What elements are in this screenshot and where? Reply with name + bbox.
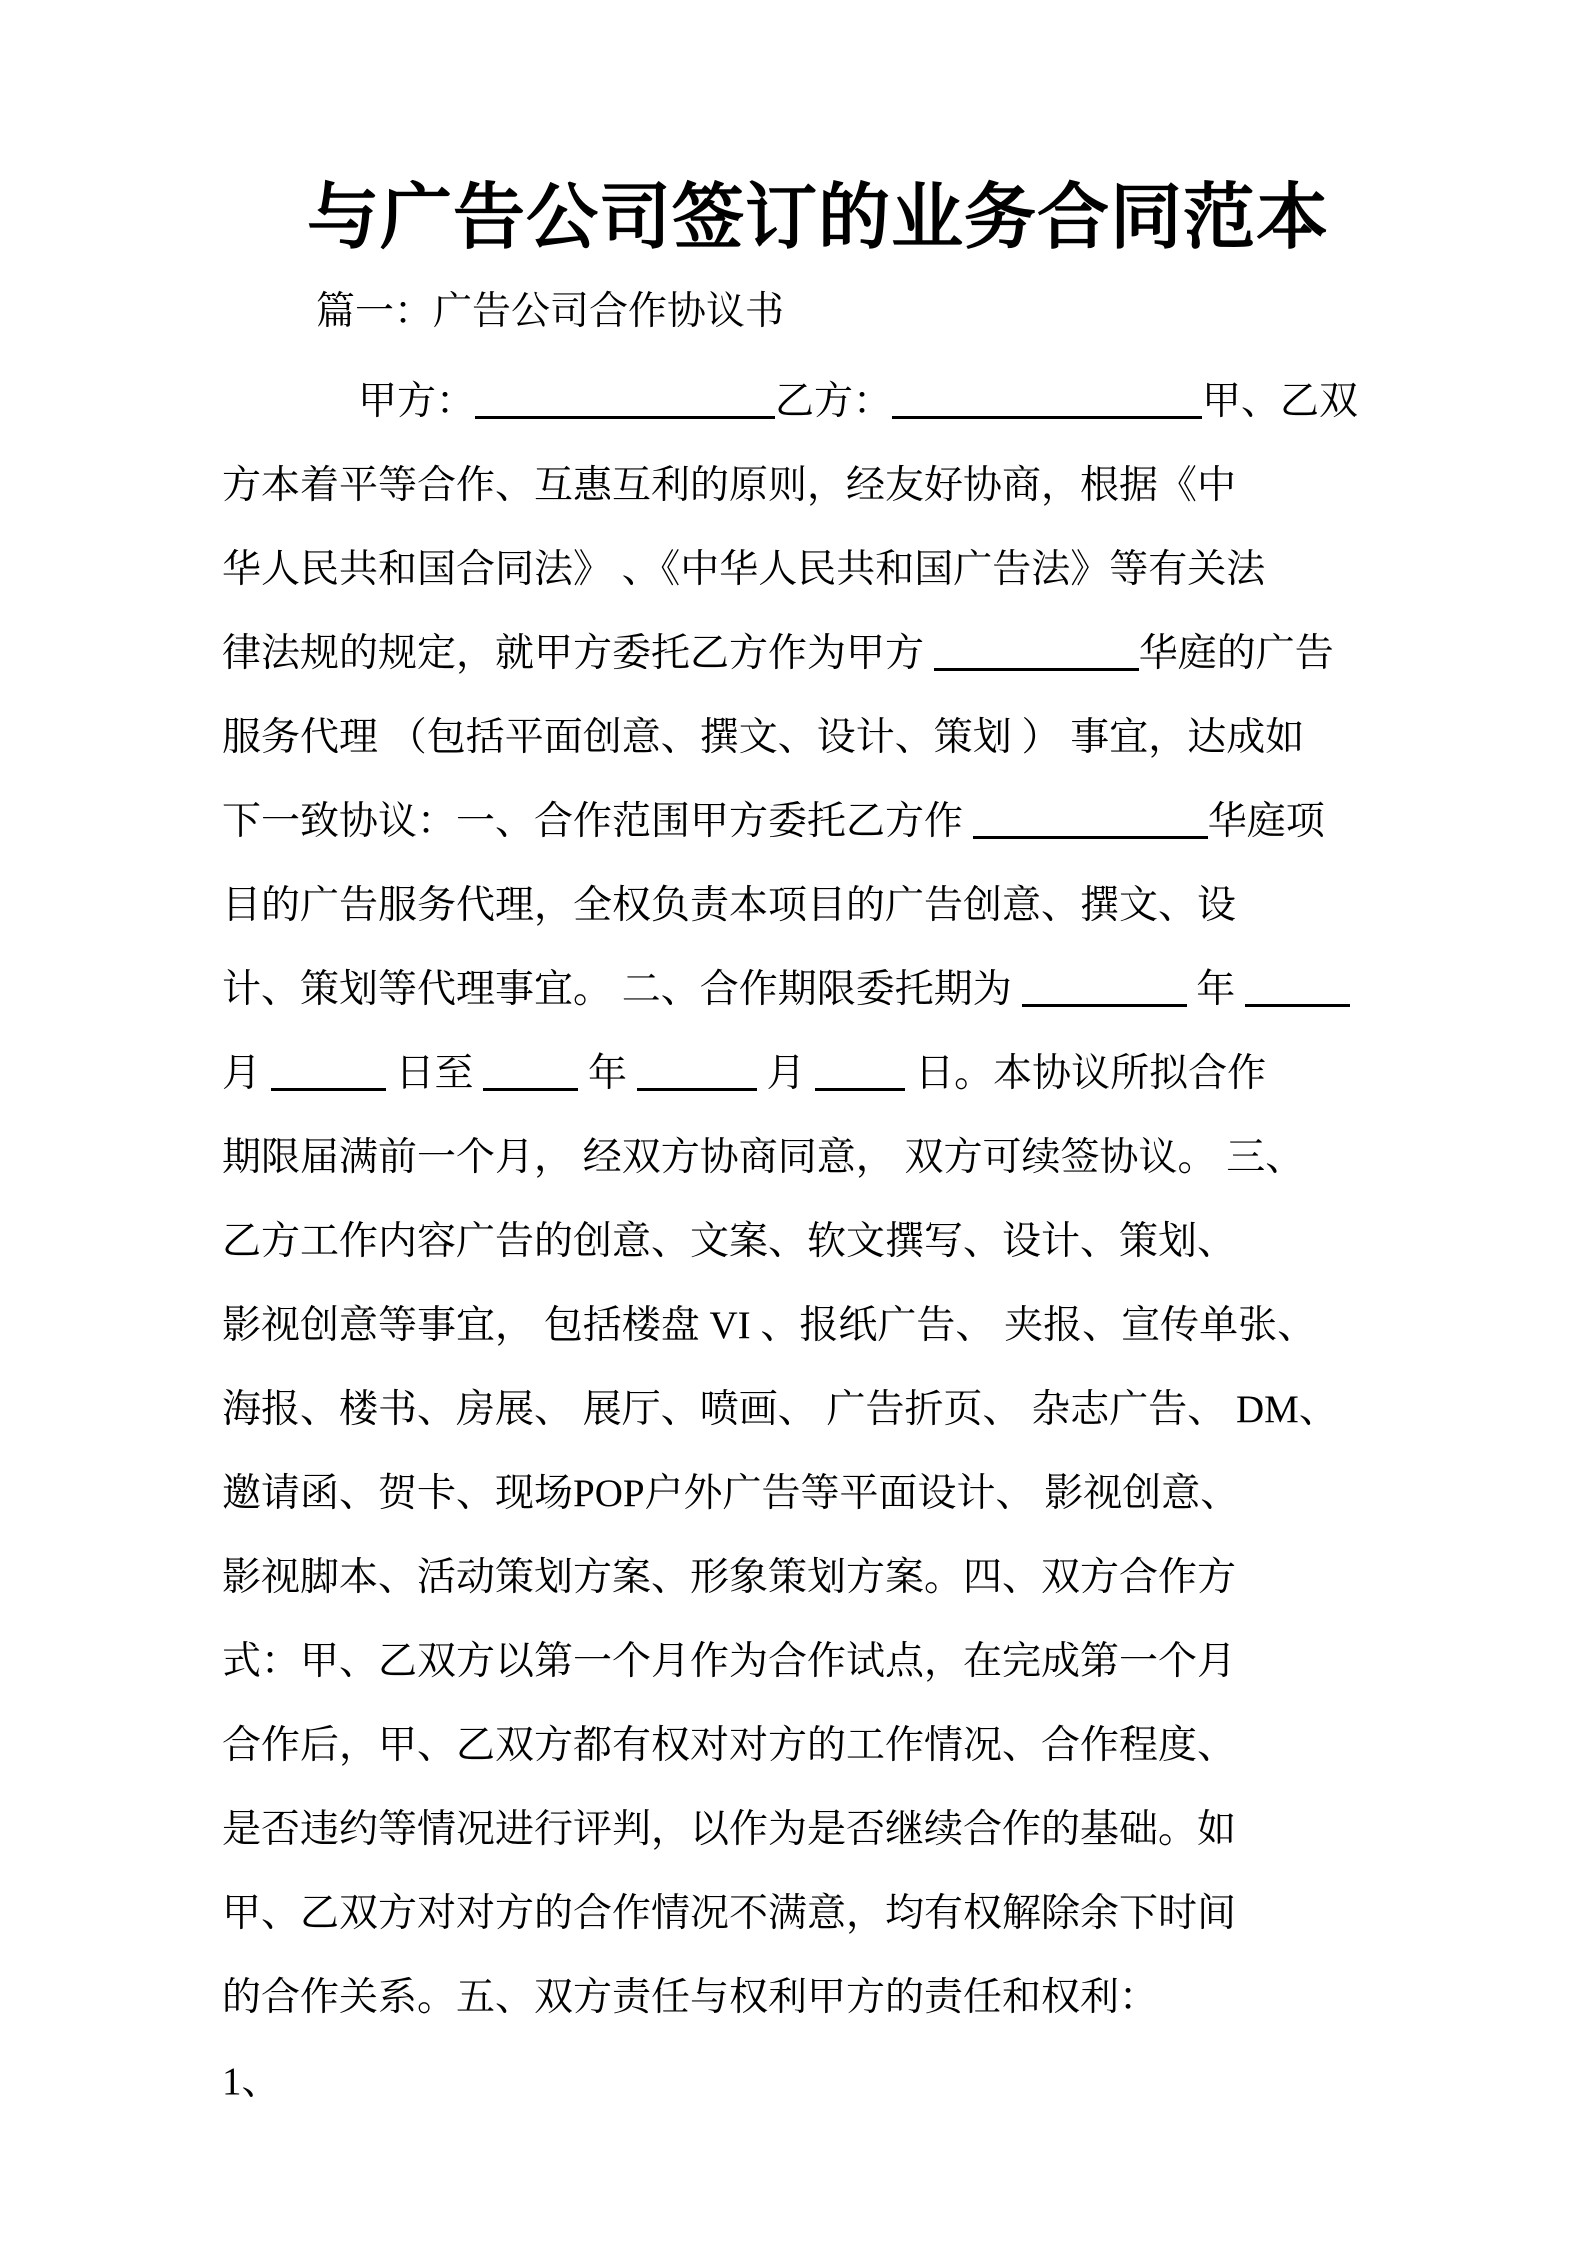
contract-document-page: 与广告公司签订的业务合同范本 篇一：广告公司合作协议书 甲方：乙方：甲、乙双方本… (0, 0, 1594, 2256)
text-run: 日。本协议所拟合作 (905, 1052, 1266, 1095)
text-run: 是否违约等情况进行评判，以作为是否继续合作的基础。如 (222, 1808, 1236, 1851)
text-run: 方本着平等合作、互惠互利的原则，经友好协商，根据《中 (222, 464, 1236, 507)
text-run: 乙方： (775, 380, 892, 423)
text-run: 服务代理 （包括平面创意、撰文、设计、策划 ） 事宜，达成如 (222, 716, 1304, 759)
document-line: 乙方工作内容广告的创意、文案、软文撰写、设计、策划、 (222, 1200, 1372, 1284)
text-run: 下一致协议：一、合作范围甲方委托乙方作 (222, 800, 973, 843)
document-title: 与广告公司签订的业务合同范本 (222, 172, 1372, 264)
text-run: 海报、楼书、房展、 展厅、喷画、 广告折页、 杂志广告、 DM、 (222, 1388, 1338, 1431)
text-run: 月 (222, 1052, 271, 1095)
text-run: 期限届满前一个月， 经双方协商同意， 双方可续签协议。 三、 (222, 1136, 1304, 1179)
document-line: 甲、乙双方对对方的合作情况不满意，均有权解除余下时间 (222, 1872, 1372, 1956)
text-run: 影视脚本、活动策划方案、形象策划方案。四、双方合作方 (222, 1556, 1236, 1599)
fill-in-blank (815, 1088, 905, 1091)
text-run: 合作后，甲、乙双方都有权对对方的工作情况、合作程度、 (222, 1724, 1236, 1767)
text-run: 影视创意等事宜， 包括楼盘 VI 、报纸广告、 夹报、宣传单张、 (222, 1304, 1316, 1347)
fill-in-blank (475, 416, 775, 419)
fill-in-blank (483, 1088, 578, 1091)
text-run: 年 (578, 1052, 637, 1095)
document-line: 海报、楼书、房展、 展厅、喷画、 广告折页、 杂志广告、 DM、 (222, 1368, 1372, 1452)
document-line: 邀请函、贺卡、现场POP户外广告等平面设计、 影视创意、 (222, 1452, 1372, 1536)
text-run: 月 (757, 1052, 816, 1095)
document-line: 下一致协议：一、合作范围甲方委托乙方作 华庭项 (222, 780, 1372, 864)
document-line: 合作后，甲、乙双方都有权对对方的工作情况、合作程度、 (222, 1704, 1372, 1788)
text-run: 甲、乙双方对对方的合作情况不满意，均有权解除余下时间 (222, 1892, 1236, 1935)
text-run: 乙方工作内容广告的创意、文案、软文撰写、设计、策划、 (222, 1220, 1236, 1263)
document-line: 影视创意等事宜， 包括楼盘 VI 、报纸广告、 夹报、宣传单张、 (222, 1284, 1372, 1368)
text-run: 甲方： (358, 380, 475, 423)
document-line: 甲方：乙方：甲、乙双 (222, 360, 1372, 444)
fill-in-blank (637, 1088, 757, 1091)
text-run: 华庭项 (1208, 800, 1325, 843)
text-run: 目的广告服务代理，全权负责本项目的广告创意、撰文、设 (222, 884, 1236, 927)
document-line: 服务代理 （包括平面创意、撰文、设计、策划 ） 事宜，达成如 (222, 696, 1372, 780)
text-run: 华人民共和国合同法》 、《中华人民共和国广告法》等有关法 (222, 548, 1265, 591)
text-run: 1、 (222, 2060, 281, 2103)
text-run: 年 (1187, 968, 1246, 1011)
spacer (1158, 2009, 1328, 2010)
text-run: 华庭的广告 (1139, 632, 1334, 675)
document-line: 华人民共和国合同法》 、《中华人民共和国广告法》等有关法 (222, 528, 1372, 612)
fill-in-blank (1022, 1004, 1187, 1007)
section-heading: 篇一：广告公司合作协议书 (222, 288, 1372, 336)
document-line: 方本着平等合作、互惠互利的原则，经友好协商，根据《中 (222, 444, 1372, 528)
fill-in-blank (934, 668, 1139, 671)
document-line: 期限届满前一个月， 经双方协商同意， 双方可续签协议。 三、 (222, 1116, 1372, 1200)
fill-in-blank (1245, 1004, 1350, 1007)
text-run: 计、策划等代理事宜。 二、合作期限委托期为 (222, 968, 1022, 1011)
document-body: 甲方：乙方：甲、乙双方本着平等合作、互惠互利的原则，经友好协商，根据《中华人民共… (222, 360, 1372, 2124)
text-run: 律法规的规定，就甲方委托乙方作为甲方 (222, 632, 934, 675)
document-line: 律法规的规定，就甲方委托乙方作为甲方 华庭的广告 (222, 612, 1372, 696)
text-run: 甲、乙双 (1202, 380, 1358, 423)
document-line: 的合作关系。五、双方责任与权利甲方的责任和权利：1、 (222, 1956, 1372, 2124)
fill-in-blank (271, 1088, 386, 1091)
document-line: 影视脚本、活动策划方案、形象策划方案。四、双方合作方 (222, 1536, 1372, 1620)
text-run: 日至 (386, 1052, 484, 1095)
text-run: 邀请函、贺卡、现场POP户外广告等平面设计、 影视创意、 (222, 1472, 1239, 1515)
document-line: 月 日至 年 月 日。本协议所拟合作 (222, 1032, 1372, 1116)
fill-in-blank (973, 836, 1208, 839)
fill-in-blank (892, 416, 1202, 419)
document-line: 式：甲、乙双方以第一个月作为合作试点，在完成第一个月 (222, 1620, 1372, 1704)
text-run: 的合作关系。五、双方责任与权利甲方的责任和权利： (222, 1976, 1158, 2019)
document-line: 目的广告服务代理，全权负责本项目的广告创意、撰文、设 (222, 864, 1372, 948)
document-line: 是否违约等情况进行评判，以作为是否继续合作的基础。如 (222, 1788, 1372, 1872)
document-line: 计、策划等代理事宜。 二、合作期限委托期为 年 (222, 948, 1372, 1032)
text-run: 式：甲、乙双方以第一个月作为合作试点，在完成第一个月 (222, 1640, 1236, 1683)
